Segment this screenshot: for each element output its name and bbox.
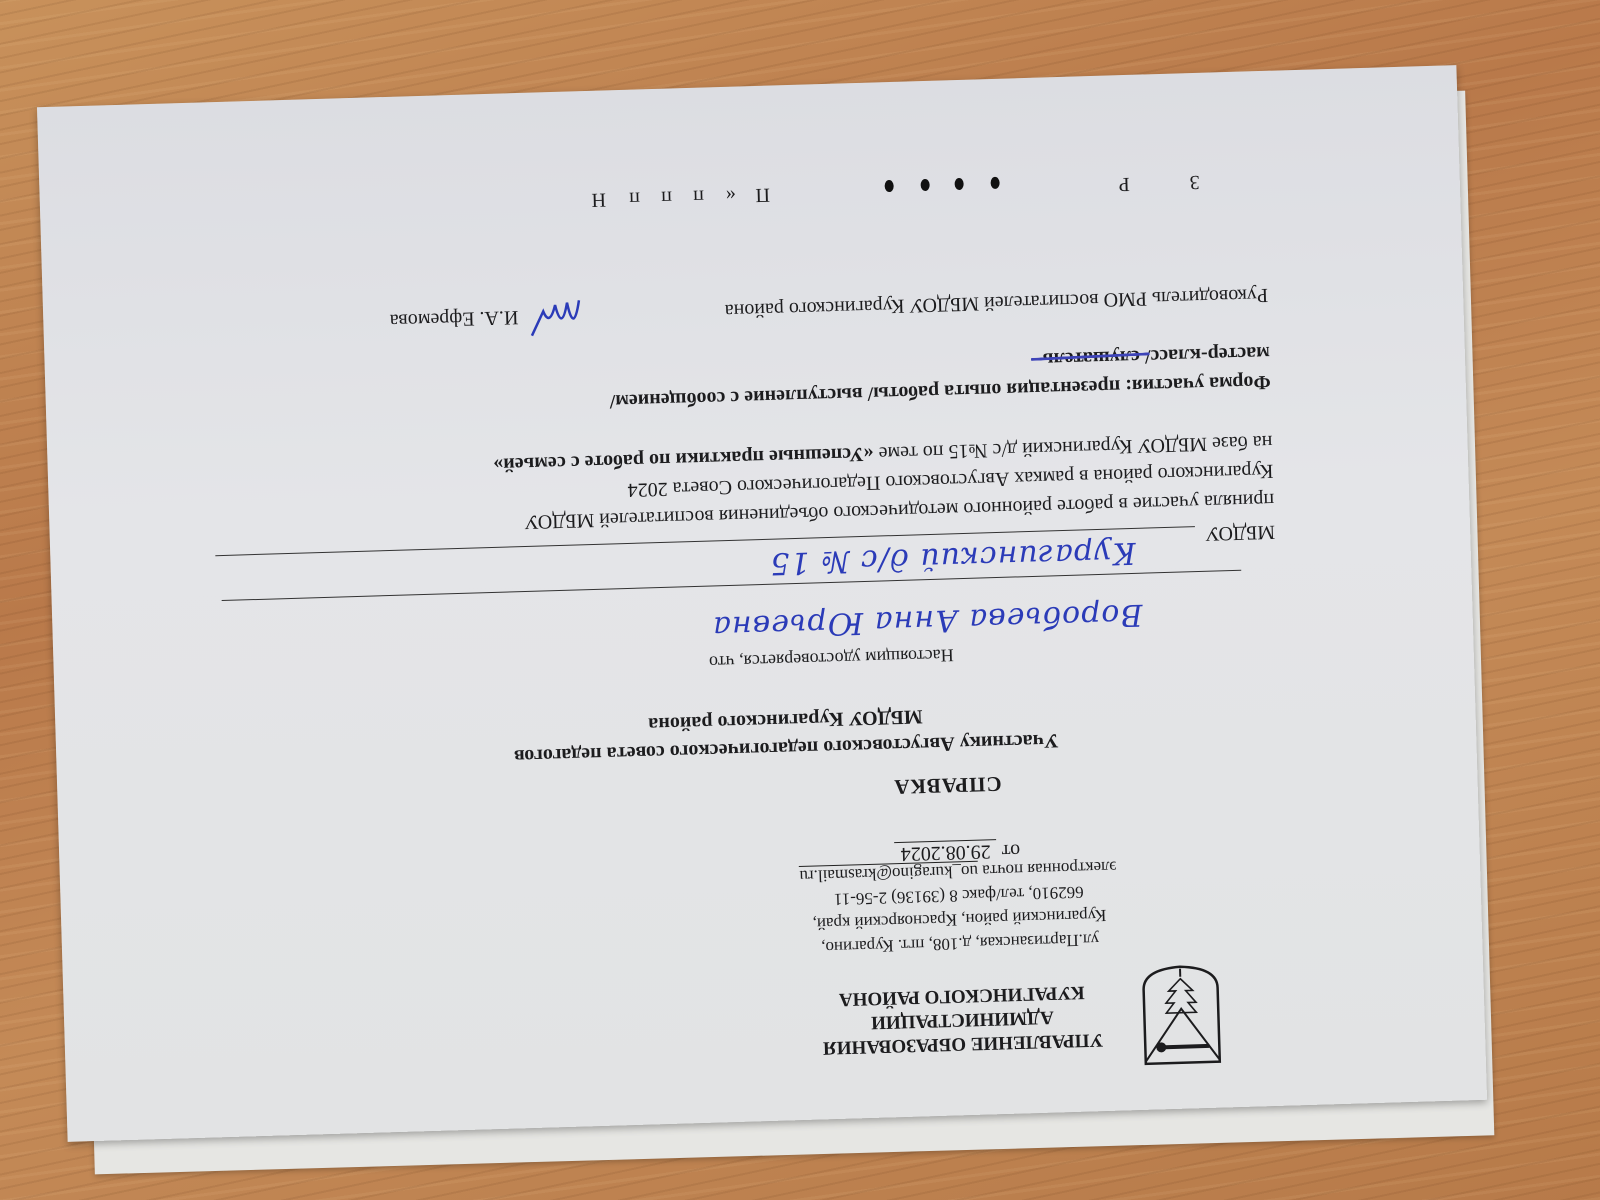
signer-title: Руководитель РМО воспитателей МБДОУ Кура… (208, 283, 1268, 337)
signature-icon (522, 282, 584, 342)
bleed-dot (990, 177, 999, 189)
bleed-dot (920, 179, 929, 191)
bleed-letter: П (755, 183, 770, 206)
form-label: Форма участия: (1125, 371, 1271, 397)
bleed-letter: 3 (1189, 170, 1200, 193)
document-title: СПРАВКА (797, 768, 1098, 802)
bleed-through-marks: 3 Р П « п п п Н (199, 153, 1200, 223)
issuer-header: УПРАВЛЕНИЕ ОБРАЗОВАНИЯ АДМИНИСТРАЦИИ КУР… (801, 979, 1123, 1060)
signer-name: И.А. Ефремова (389, 305, 518, 332)
participation-form: Форма участия: презентация опыта работы/… (210, 338, 1271, 427)
document-content: УПРАВЛЕНИЕ ОБРАЗОВАНИЯ АДМИНИСТРАЦИИ КУР… (37, 65, 1487, 1142)
issuer-address: ул.Партизанская, д.108, пгт. Курагино, К… (798, 855, 1121, 960)
bleed-letter: п (629, 186, 640, 209)
certify-text: Настоящим удостоверяется, что (709, 644, 954, 672)
certificate-paper: УПРАВЛЕНИЕ ОБРАЗОВАНИЯ АДМИНИСТРАЦИИ КУР… (37, 65, 1487, 1142)
form-options-2: мастер-класс/ (1145, 342, 1271, 368)
organization-label: МБДОУ (1205, 520, 1275, 545)
document-subtitle: Участнику Августовского педагогического … (425, 696, 1146, 773)
bleed-letter: « (726, 184, 737, 207)
coat-of-arms-icon (1135, 962, 1228, 1070)
bleed-letter: п (661, 185, 672, 208)
bleed-letter: Р (1118, 172, 1130, 195)
bleed-dot (954, 178, 963, 190)
date-value: 29.08.2024 (894, 839, 997, 865)
bleed-letter: Н (591, 187, 606, 210)
date-prefix: от (1001, 839, 1020, 862)
form-option-struck: слушатель (1043, 346, 1141, 371)
bleed-letter: п (693, 185, 704, 208)
bleed-dot (884, 180, 893, 192)
